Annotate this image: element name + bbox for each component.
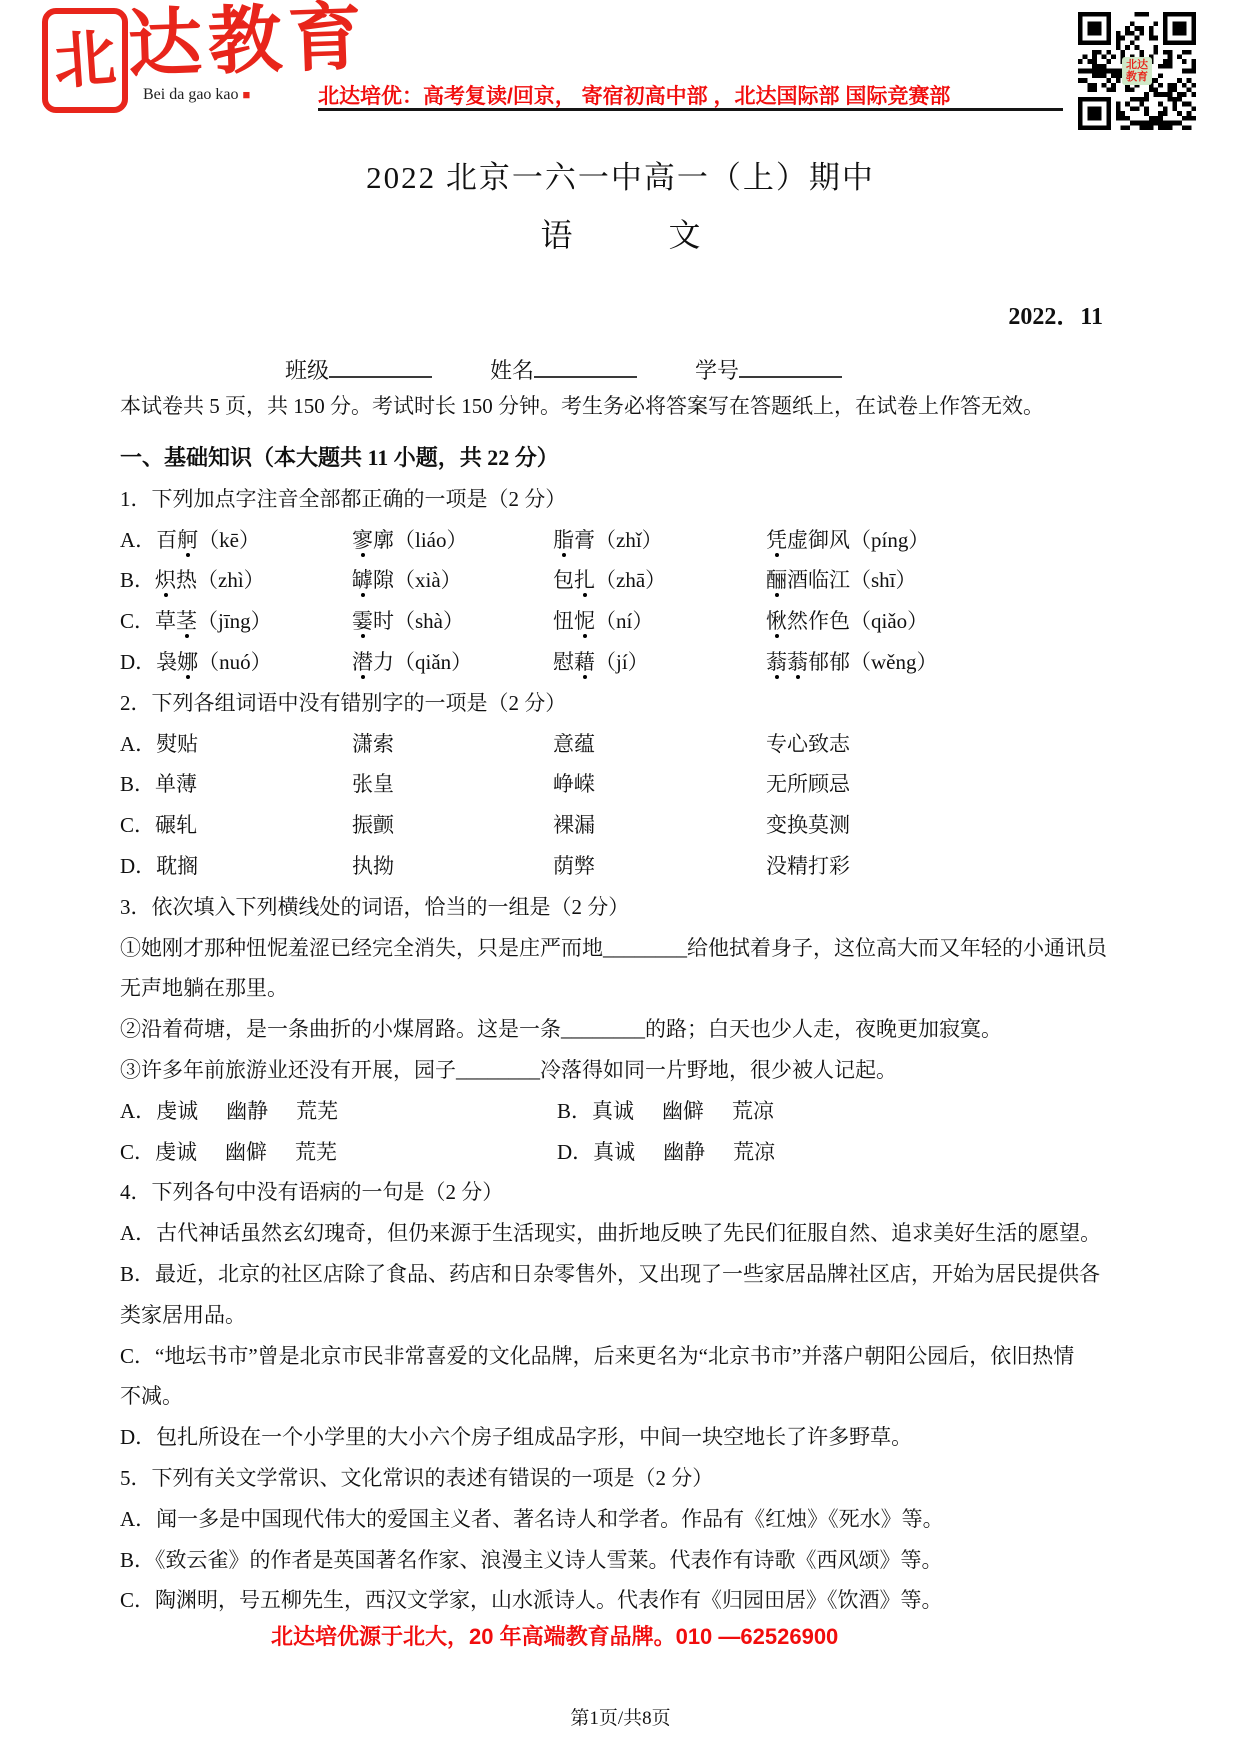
option-cell: 裸漏 — [553, 805, 766, 846]
option-word: 真诚 — [592, 1099, 634, 1123]
dotted-char: 酾 — [766, 568, 787, 592]
option-row: C．碾轧振颤裸漏变换莫测 — [120, 805, 1128, 846]
option-cell: 意蕴 — [553, 724, 766, 765]
exam-subject: 语 文 — [0, 210, 1241, 256]
qr-label-line2: 教育 — [1126, 71, 1148, 83]
option-word: 幽静 — [226, 1099, 268, 1123]
option-label: D． — [557, 1140, 593, 1164]
option-line: D．包扎所设在一个小学里的大小六个房子组成品字形，中间一块空地长了许多野草。 — [120, 1417, 1128, 1458]
option-row: D．袅娜（nuó）潜力（qiǎn）慰藉（jí）蓊蓊郁郁（wěng） — [120, 642, 1128, 683]
option-row: A．虔诚幽静荒芜B．真诚幽僻荒凉 — [120, 1091, 1128, 1132]
option-line: B．最近，北京的社区店除了食品、药店和日杂零售外，又出现了一些家居品牌社区店，开… — [120, 1254, 1128, 1295]
q1-stem: 1．下列加点字注音全部都正确的一项是（2 分） — [120, 479, 1128, 520]
qr-label-line1: 北达 — [1126, 59, 1148, 71]
option-label: B． — [557, 1099, 592, 1123]
option-cell: 振颤 — [352, 805, 553, 846]
exam-content: 一、基础知识（本大题共 11 小题，共 22 分） 1．下列加点字注音全部都正确… — [120, 438, 1128, 1621]
option-cell: D．袅娜（nuó） — [120, 642, 352, 683]
q2-options: A．熨贴潇索意蕴专心致志B．单薄张皇峥嵘无所顾忌C．碾轧振颤裸漏变换莫测D．耽搁… — [120, 724, 1128, 887]
student-field: 班级 — [285, 358, 432, 383]
option-cell: 包扎（zhā） — [553, 560, 766, 601]
q5-options: A．闻一多是中国现代伟大的爱国主义者、著名诗人和学者。作品有《红烛》《死水》等。… — [120, 1499, 1128, 1621]
option-cell: 酾酒临江（shī） — [766, 560, 1128, 601]
option-cell: 执拗 — [352, 846, 553, 887]
option-cell: B．真诚幽僻荒凉 — [557, 1091, 802, 1132]
option-word: 虔诚 — [156, 1099, 198, 1123]
option-line: 类家居用品。 — [120, 1295, 1128, 1336]
option-label: B． — [120, 568, 155, 592]
footer-slogan: 北达培优源于北大，20 年高端教育品牌。010 —62526900 — [271, 1620, 838, 1651]
option-row: D．耽搁执拗荫弊没精打彩 — [120, 846, 1128, 887]
q5-stem: 5．下列有关文学常识、文化常识的表述有错误的一项是（2 分） — [120, 1458, 1128, 1499]
q3-options: A．虔诚幽静荒芜B．真诚幽僻荒凉C．虔诚幽僻荒芜D．真诚幽静荒凉 — [120, 1091, 1128, 1173]
dotted-char: 蓊 — [766, 650, 787, 674]
dotted-char: 凭 — [766, 528, 787, 552]
dotted-char: 怩 — [574, 609, 595, 633]
option-cell: B．炽热（zhì） — [120, 560, 352, 601]
option-cell: 蓊蓊郁郁（wěng） — [766, 642, 1128, 683]
student-field: 学号 — [695, 358, 842, 383]
q3-sentence-line: ①她刚才那种忸怩羞涩已经完全消失，只是庄严而地________给他拭着身子，这位… — [120, 928, 1128, 969]
option-row: A．百舸（kē）寥廓（liáo）脂膏（zhǐ）凭虚御风（píng） — [120, 520, 1128, 561]
dotted-char: 脂 — [553, 528, 574, 552]
dotted-char: 炽 — [155, 568, 176, 592]
option-cell: D．真诚幽静荒凉 — [557, 1132, 803, 1173]
option-label: B． — [120, 772, 155, 796]
logo-subtitle-text: Bei da gao kao — [143, 86, 239, 103]
qr-code: 北达 教育 — [1078, 12, 1196, 130]
option-label: A． — [120, 1099, 156, 1123]
option-cell: C．碾轧 — [120, 805, 352, 846]
q3-sentences: ①她刚才那种忸怩羞涩已经完全消失，只是庄严而地________给他拭着身子，这位… — [120, 928, 1128, 1091]
header-divider — [318, 108, 1063, 111]
option-cell: A．虔诚幽静荒芜 — [120, 1091, 557, 1132]
dotted-char: 愀 — [766, 609, 787, 633]
logo-square-icon: ■ — [243, 87, 251, 102]
dotted-char: 潜 — [352, 650, 373, 674]
option-word: 幽静 — [663, 1140, 705, 1164]
option-label: C． — [120, 1140, 155, 1164]
option-word: 荒凉 — [733, 1140, 775, 1164]
logo-seal-char: 北 — [52, 27, 118, 93]
dotted-char: 寥 — [352, 528, 373, 552]
dotted-char: 舸 — [177, 528, 198, 552]
dotted-char: 蓊 — [787, 650, 808, 674]
qr-center-label: 北达 教育 — [1122, 57, 1152, 85]
section-heading: 一、基础知识（本大题共 11 小题，共 22 分） — [120, 438, 1128, 479]
option-word: 虔诚 — [155, 1140, 197, 1164]
page-number: 第1页/共8页 — [0, 1703, 1241, 1730]
option-cell: A．熨贴 — [120, 724, 352, 765]
student-field-blank — [739, 350, 842, 378]
header-slogan: 北达培优：高考复读/回京， 寄宿初高中部 ，北达国际部 国际竞赛部 — [318, 80, 950, 110]
option-cell: D．耽搁 — [120, 846, 352, 887]
option-label: A． — [120, 528, 156, 552]
option-line: C．“地坛书市”曾是北京市民非常喜爱的文化品牌，后来更名为“北京书市”并落户朝阳… — [120, 1336, 1128, 1377]
option-cell: A．百舸（kē） — [120, 520, 352, 561]
q3-stem: 3．依次填入下列横线处的词语，恰当的一组是（2 分） — [120, 887, 1128, 928]
option-cell: 没精打彩 — [766, 846, 1128, 887]
option-cell: C．草茎（jīng） — [120, 601, 352, 642]
option-cell: 凭虚御风（píng） — [766, 520, 1128, 561]
q3-sentence-line: 无声地躺在那里。 — [120, 968, 1128, 1009]
student-field-label: 班级 — [285, 358, 329, 383]
option-word: 荒芜 — [295, 1140, 337, 1164]
exam-date: 2022．11 — [1008, 296, 1103, 331]
option-cell: 罅隙（xià） — [352, 560, 553, 601]
exam-page: 北 达教育 Bei da gao kao ■ 北达培优：高考复读/回京， 寄宿初… — [0, 0, 1241, 1754]
dotted-char: 茎 — [176, 609, 197, 633]
option-cell: 无所顾忌 — [766, 764, 1128, 805]
option-line: A．古代神话虽然玄幻瑰奇，但仍来源于生活现实，曲折地反映了先民们征服自然、追求美… — [120, 1213, 1128, 1254]
option-word: 幽僻 — [225, 1140, 267, 1164]
option-label: D． — [120, 650, 156, 674]
option-row: B．炽热（zhì）罅隙（xià）包扎（zhā）酾酒临江（shī） — [120, 560, 1128, 601]
q3-sentence-line: ③许多年前旅游业还没有开展，园子________冷落得如同一片野地，很少被人记起… — [120, 1050, 1128, 1091]
option-line: C．陶渊明，号五柳先生，西汉文学家，山水派诗人。代表作有《归园田居》《饮酒》等。 — [120, 1580, 1128, 1621]
student-field-blank — [329, 350, 432, 378]
option-line: B．《致云雀》的作者是英国著名作家、浪漫主义诗人雪莱。代表作有诗歌《西风颂》等。 — [120, 1540, 1128, 1581]
option-row: C．草茎（jīng）霎时（shà）忸怩（ní）愀然作色（qiǎo） — [120, 601, 1128, 642]
option-label: A． — [120, 732, 156, 756]
option-line: 不减。 — [120, 1376, 1128, 1417]
option-cell: 慰藉（jí） — [553, 642, 766, 683]
student-field: 姓名 — [490, 358, 637, 383]
dotted-char: 霎 — [352, 609, 373, 633]
option-cell: 寥廓（liáo） — [352, 520, 553, 561]
option-cell: 荫弊 — [553, 846, 766, 887]
option-label: C． — [120, 609, 155, 633]
option-line: A．闻一多是中国现代伟大的爱国主义者、著名诗人和学者。作品有《红烛》《死水》等。 — [120, 1499, 1128, 1540]
q4-options: A．古代神话虽然玄幻瑰奇，但仍来源于生活现实，曲折地反映了先民们征服自然、追求美… — [120, 1213, 1128, 1458]
option-label: C． — [120, 813, 155, 837]
q1-options: A．百舸（kē）寥廓（liáo）脂膏（zhǐ）凭虚御风（píng）B．炽热（zh… — [120, 520, 1128, 683]
option-row: B．单薄张皇峥嵘无所顾忌 — [120, 764, 1128, 805]
option-cell: 脂膏（zhǐ） — [553, 520, 766, 561]
dotted-char: 娜 — [177, 650, 198, 674]
logo-seal: 北 — [42, 8, 128, 113]
student-info-line: 班级姓名学号 — [285, 350, 842, 385]
logo-subtitle: Bei da gao kao ■ — [143, 86, 250, 104]
exam-title: 2022 北京一六一中高一（上）期中 — [0, 152, 1241, 197]
student-field-blank — [534, 350, 637, 378]
student-field-label: 姓名 — [490, 358, 534, 383]
dotted-char: 藉 — [574, 650, 595, 674]
dotted-char: 扎 — [574, 568, 595, 592]
q2-stem: 2．下列各组词语中没有错别字的一项是（2 分） — [120, 683, 1128, 724]
option-row: C．虔诚幽僻荒芜D．真诚幽静荒凉 — [120, 1132, 1128, 1173]
option-cell: 变换莫测 — [766, 805, 1128, 846]
option-cell: 张皇 — [352, 764, 553, 805]
option-cell: 峥嵘 — [553, 764, 766, 805]
option-word: 荒凉 — [732, 1099, 774, 1123]
option-label: D． — [120, 854, 156, 878]
q3-sentence-line: ②沿着荷塘，是一条曲折的小煤屑路。这是一条________的路；白天也少人走，夜… — [120, 1009, 1128, 1050]
option-cell: 霎时（shà） — [352, 601, 553, 642]
option-word: 幽僻 — [662, 1099, 704, 1123]
student-field-label: 学号 — [695, 358, 739, 383]
q4-stem: 4．下列各句中没有语病的一句是（2 分） — [120, 1172, 1128, 1213]
option-row: A．熨贴潇索意蕴专心致志 — [120, 724, 1128, 765]
option-cell: 潜力（qiǎn） — [352, 642, 553, 683]
option-word: 真诚 — [593, 1140, 635, 1164]
option-cell: 愀然作色（qiǎo） — [766, 601, 1128, 642]
option-cell: 潇索 — [352, 724, 553, 765]
option-cell: B．单薄 — [120, 764, 352, 805]
option-word: 荒芜 — [296, 1099, 338, 1123]
option-cell: 专心致志 — [766, 724, 1128, 765]
exam-instructions: 本试卷共 5 页，共 150 分。考试时长 150 分钟。考生务必将答案写在答题… — [120, 390, 1130, 420]
option-cell: 忸怩（ní） — [553, 601, 766, 642]
option-cell: C．虔诚幽僻荒芜 — [120, 1132, 557, 1173]
dotted-char: 罅 — [352, 568, 373, 592]
